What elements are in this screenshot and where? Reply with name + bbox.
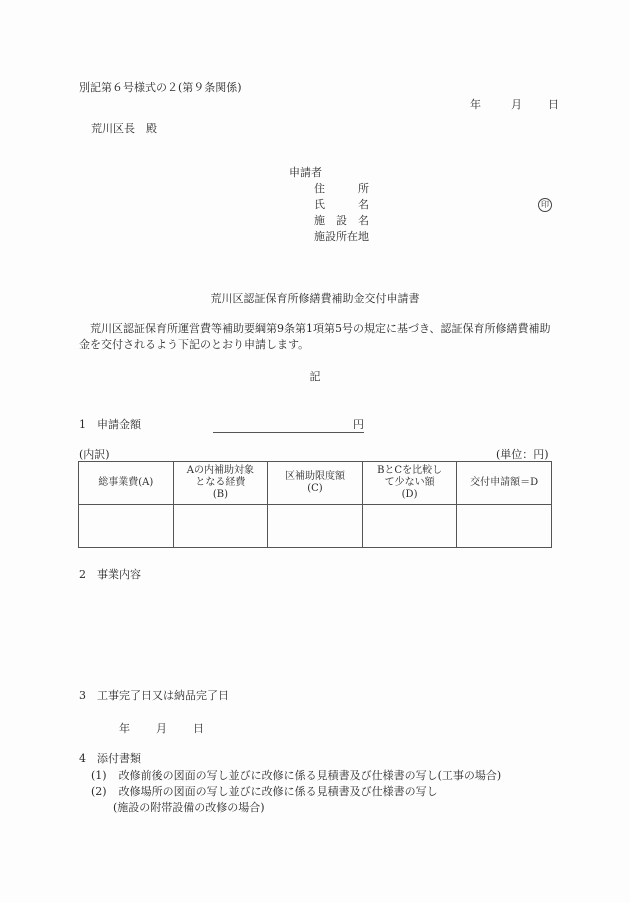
unit-label: (単位：円) [496, 448, 549, 462]
amount-field[interactable]: 円 [213, 418, 364, 433]
currency-label: 円 [353, 418, 364, 431]
section-number: 2 [79, 568, 86, 581]
header-eligible-cost: Aの内補助対象となる経費(B) [173, 462, 268, 505]
body-text: 荒川区認証保育所運営費等補助要綱第9条第1項第5号の規定に基づき、認証保育所修繕… [79, 321, 554, 353]
section-3-heading: 3工事完了日又は納品完了日 [79, 689, 229, 703]
day-label: 日 [548, 98, 559, 112]
ki-heading: 記 [0, 370, 630, 384]
section-label: 添付書類 [97, 752, 141, 765]
document-title: 荒川区認証保育所修繕費補助金交付申請書 [0, 292, 630, 306]
header-total-cost: 総事業費(A) [79, 462, 174, 505]
cell-limit-amount[interactable] [268, 505, 363, 548]
section-label: 申請金額 [97, 418, 141, 431]
item-text: 改修場所の図面の写し並びに改修に係る見積書及び仕様書の写し [119, 785, 438, 798]
year-label: 年 [119, 722, 130, 735]
table-row [79, 505, 552, 548]
section-number: 1 [79, 418, 86, 431]
item-number: (2) [91, 785, 107, 798]
attachment-item-2-note: (施設の附帯設備の改修の場合) [113, 801, 265, 815]
form-number: 別記第６号様式の２(第９条関係) [79, 81, 242, 95]
breakdown-table: 総事業費(A) Aの内補助対象となる経費(B) 区補助限度額(C) BとCを比較… [78, 461, 552, 548]
business-content-area[interactable] [79, 588, 554, 683]
applicant-label: 申請者 [289, 166, 322, 180]
section-2-heading: 2事業内容 [79, 568, 141, 582]
item-text: 改修前後の図面の写し並びに改修に係る見積書及び仕様書の写し(工事の場合) [119, 769, 502, 782]
name-field-label: 氏 名 [314, 198, 369, 212]
day-label: 日 [193, 722, 204, 735]
section-label: 工事完了日又は納品完了日 [97, 689, 229, 702]
breakdown-label: (内訳) [79, 448, 110, 462]
header-limit-amount: 区補助限度額(C) [268, 462, 363, 505]
section-1-heading: 1申請金額 [79, 418, 141, 432]
address-field-label: 住 所 [314, 182, 369, 196]
section-4-heading: 4添付書類 [79, 752, 141, 766]
section-number: 3 [79, 689, 86, 702]
addressee: 荒川区長 殿 [91, 122, 157, 136]
year-label: 年 [470, 98, 481, 112]
cell-eligible-cost[interactable] [173, 505, 268, 548]
section-label: 事業内容 [97, 568, 141, 581]
seal-icon: 印 [538, 198, 552, 212]
attachment-item-1: (1)改修前後の図面の写し並びに改修に係る見積書及び仕様書の写し(工事の場合) [91, 769, 501, 783]
section-number: 4 [79, 752, 86, 765]
cell-total-cost[interactable] [79, 505, 174, 548]
item-number: (1) [91, 769, 107, 782]
table-header-row: 総事業費(A) Aの内補助対象となる経費(B) 区補助限度額(C) BとCを比較… [79, 462, 552, 505]
header-request-amount: 交付申請額＝D [457, 462, 552, 505]
header-lesser-amount: BとCを比較して少ない額(D) [362, 462, 457, 505]
month-label: 月 [511, 98, 522, 112]
cell-lesser-amount[interactable] [362, 505, 457, 548]
cell-request-amount[interactable] [457, 505, 552, 548]
completion-date: 年月日 [119, 722, 204, 736]
attachment-item-2: (2)改修場所の図面の写し並びに改修に係る見積書及び仕様書の写し [91, 785, 438, 799]
application-date: 年月日 [470, 98, 559, 112]
facility-name-field-label: 施 設 名 [314, 214, 369, 228]
facility-address-field-label: 施設所在地 [314, 230, 369, 244]
month-label: 月 [156, 722, 167, 735]
